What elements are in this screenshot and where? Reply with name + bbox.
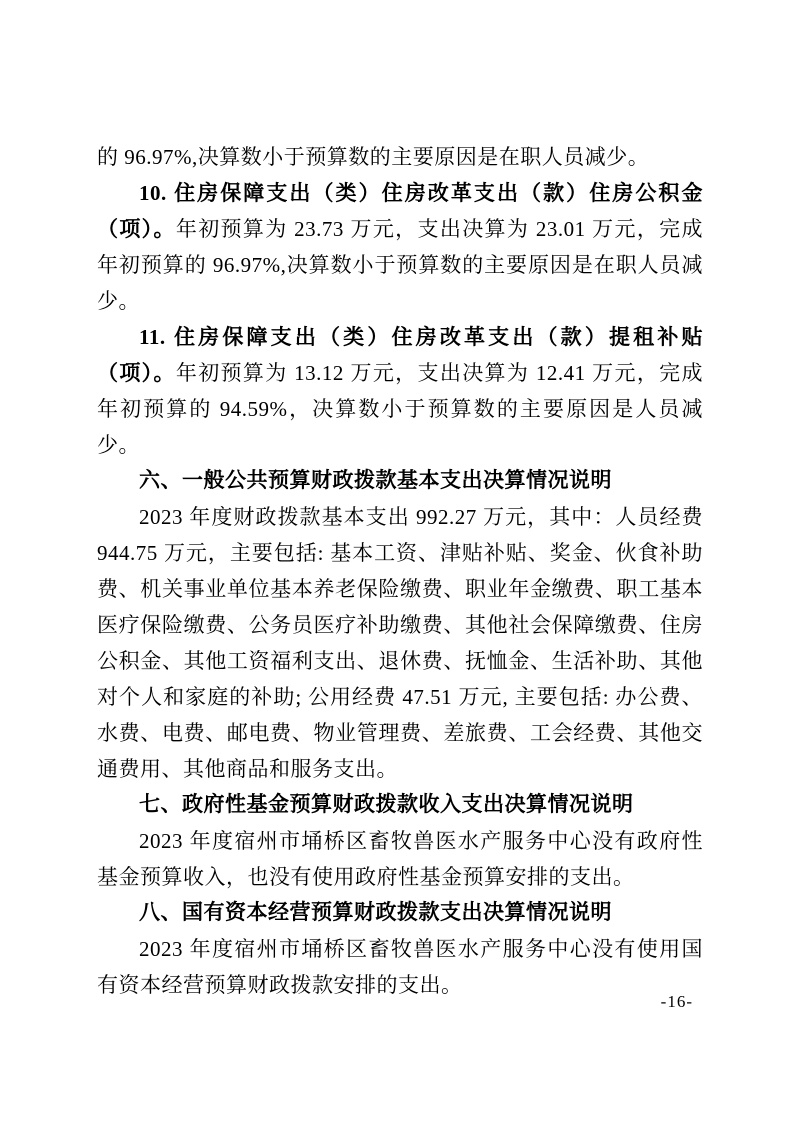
- item-10-body: 年初预算为 23.73 万元，支出决算为 23.01 万元，完成年初预算的 96…: [97, 217, 703, 313]
- section-heading-6: 六、一般公共预算财政拨款基本支出决算情况说明: [97, 463, 703, 499]
- document-body: 的 96.97%,决算数小于预算数的主要原因是在职人员减少。 10. 住房保障支…: [97, 139, 703, 1003]
- section-heading-7: 七、政府性基金预算财政拨款收入支出决算情况说明: [97, 787, 703, 823]
- paragraph-section-6-body: 2023 年度财政拨款基本支出 992.27 万元，其中：人员经费 944.75…: [97, 499, 703, 787]
- paragraph-section-8-body: 2023 年度宿州市埇桥区畜牧兽医水产服务中心没有使用国有资本经营预算财政拨款安…: [97, 931, 703, 1003]
- page-number: -16-: [661, 991, 693, 1013]
- item-11-body: 年初预算为 13.12 万元，支出决算为 12.41 万元，完成年初预算的 94…: [97, 361, 703, 457]
- paragraph-section-7-body: 2023 年度宿州市埇桥区畜牧兽医水产服务中心没有政府性基金预算收入，也没有使用…: [97, 823, 703, 895]
- section-heading-8: 八、国有资本经营预算财政拨款支出决算情况说明: [97, 895, 703, 931]
- paragraph-continued-item-9: 的 96.97%,决算数小于预算数的主要原因是在职人员减少。: [97, 139, 703, 175]
- paragraph-item-10: 10. 住房保障支出（类）住房改革支出（款）住房公积金（项）。年初预算为 23.…: [97, 175, 703, 319]
- document-page: 的 96.97%,决算数小于预算数的主要原因是在职人员减少。 10. 住房保障支…: [0, 0, 793, 1122]
- paragraph-item-11: 11. 住房保障支出（类）住房改革支出（款）提租补贴（项）。年初预算为 13.1…: [97, 319, 703, 463]
